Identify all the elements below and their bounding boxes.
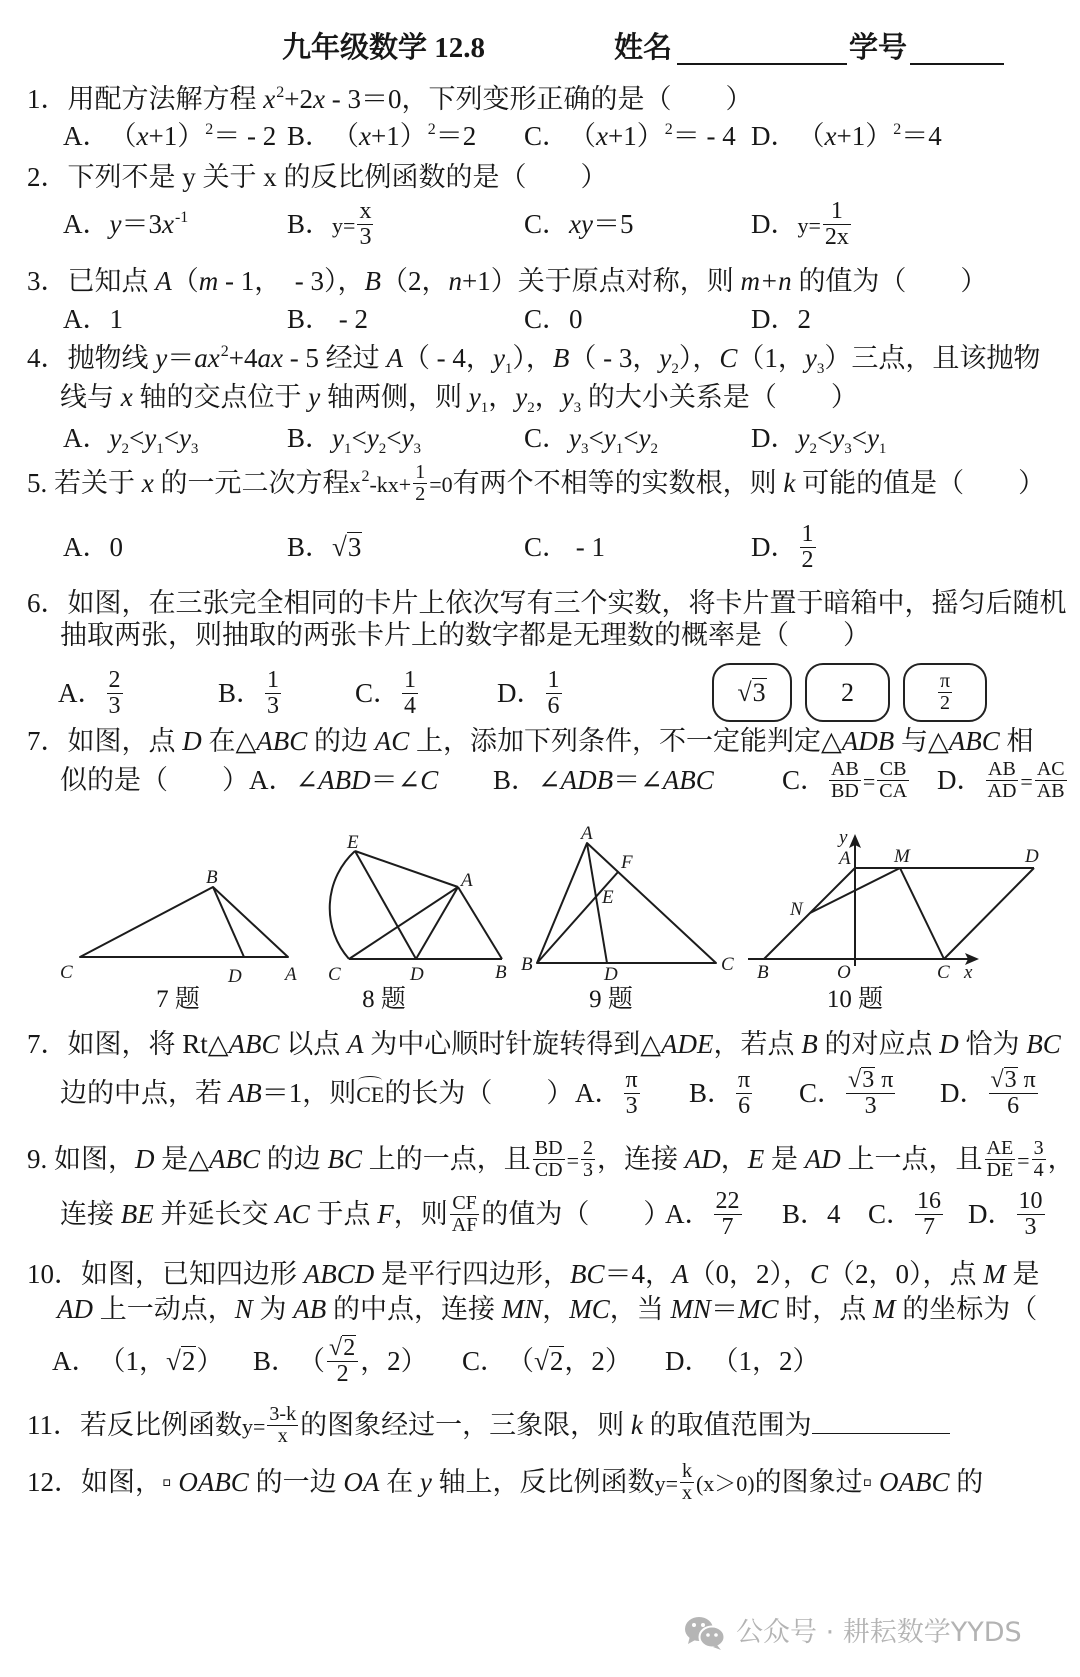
- option-value: （1，2）: [712, 1345, 820, 1377]
- stem-text: 如图，点: [68, 725, 183, 757]
- fig10-label-c: C: [937, 962, 950, 983]
- math-var: y: [604, 422, 616, 454]
- q3-option-d: D．2: [751, 303, 811, 335]
- stem-text: 有两个不相等的实数根，则: [453, 467, 784, 499]
- math-var: C: [420, 764, 438, 796]
- math-var: C: [810, 1258, 828, 1290]
- stem-text: 的一元二次方程: [154, 467, 350, 499]
- fig9-label-f: F: [620, 852, 633, 873]
- math-var: BC: [570, 1258, 605, 1290]
- stem-text: 的: [949, 1466, 983, 1498]
- math-var: x: [162, 208, 174, 240]
- segment-ab: [458, 887, 502, 959]
- question-number: 2．: [27, 161, 68, 193]
- question-2-stem: 2． 下列不是 y 关于 x 的反比例函数的是（ ）: [27, 161, 608, 193]
- paren: （: [332, 120, 359, 152]
- numerator: 1: [265, 668, 281, 694]
- stem-text: 为: [253, 1293, 294, 1325]
- segment-dc: [944, 868, 1034, 959]
- math-var: k: [783, 467, 795, 499]
- wechat-icon: [684, 1616, 726, 1650]
- fraction: 23: [107, 668, 123, 719]
- fig9-label-a: A: [579, 823, 593, 844]
- math-var: AD: [685, 1143, 721, 1175]
- numerator: 2: [581, 1138, 595, 1160]
- question-number: 6．: [27, 587, 68, 619]
- denominator: 3: [624, 1094, 640, 1119]
- numerator: AB: [829, 759, 861, 781]
- math-var: y: [110, 208, 122, 240]
- math-var: D: [135, 1143, 155, 1175]
- stem-text: （ - 4，: [403, 342, 493, 374]
- option-value: 4: [827, 1198, 841, 1230]
- subscript: 2: [650, 433, 658, 465]
- option-value: 2: [798, 303, 812, 335]
- denominator: 2: [938, 693, 952, 714]
- stem-text: ，: [488, 381, 515, 413]
- stem-text: 为中心顺时针旋转得到△: [364, 1028, 662, 1060]
- stem-text: 的坐标为（ ）: [896, 1293, 1080, 1325]
- math-var: x: [121, 381, 133, 413]
- stem-text: 的取值范围为: [643, 1409, 812, 1441]
- math-text: +1）: [371, 120, 427, 152]
- math-text: ＝ - 2: [213, 120, 276, 152]
- segment-ed: [355, 851, 416, 959]
- denominator: AB: [1035, 781, 1067, 802]
- angle-sign: ∠: [538, 764, 561, 796]
- arc-ce: [330, 851, 355, 959]
- math-var: ABC: [256, 725, 307, 757]
- stem-text: （2，: [381, 265, 449, 297]
- radicand: 3: [1004, 1067, 1018, 1093]
- q10-option-d: D．（1，2）: [665, 1345, 820, 1377]
- option-label: A．: [575, 1077, 622, 1109]
- question-9-stem-line-1: 9. 如图， D 是△ ABC 的边 BC 上的一点，且 BDCD = 23 ，…: [27, 1143, 1075, 1175]
- numerator: CF: [450, 1193, 480, 1215]
- segment-bd: [213, 887, 244, 957]
- numerator: k: [680, 1461, 694, 1483]
- q5-option-d: D． 12: [751, 531, 818, 563]
- option-label: D．: [751, 208, 798, 240]
- math-text: ，2）: [360, 1345, 428, 1377]
- math-text: ＝: [167, 342, 194, 374]
- q10-option-c: C．（ √2 ，2）: [462, 1345, 632, 1377]
- fig10-label-b: B: [757, 962, 769, 983]
- radicand: 3: [861, 1067, 875, 1093]
- fig10-label-n: N: [789, 899, 804, 920]
- math-var: y: [144, 422, 156, 454]
- fraction: 3-kx: [267, 1404, 298, 1447]
- option-label: C．: [524, 422, 569, 454]
- question-number: 1．: [27, 83, 68, 115]
- fraction: ACAB: [1035, 759, 1067, 802]
- fraction: 167: [915, 1189, 943, 1240]
- subscript: 2: [379, 433, 387, 465]
- less-than: <: [386, 422, 401, 454]
- domain-condition: (x＞0): [696, 1468, 755, 1500]
- math-text: ＝3: [121, 208, 162, 240]
- equals: =: [1020, 766, 1032, 798]
- option-label: A．: [63, 208, 110, 240]
- math-text: y=: [242, 1411, 265, 1443]
- math-var: x: [825, 120, 837, 152]
- denominator: 6: [736, 1094, 752, 1119]
- stem-text: 上一点，且: [841, 1143, 983, 1175]
- q7-option-c: C． ABBD = CBCA: [782, 764, 911, 796]
- question-4-stem-line-1: 4． 抛物线 y ＝ ax 2 +4 ax - 5 经过 A （ - 4， y …: [27, 342, 1040, 374]
- denominator: AD: [986, 781, 1019, 802]
- numerator: x: [357, 199, 373, 225]
- question-number: 11．: [27, 1409, 80, 1441]
- option-label: C．: [355, 677, 400, 709]
- fraction: π6: [736, 1068, 752, 1119]
- paren: （: [798, 120, 825, 152]
- stem-text: （: [172, 265, 199, 297]
- denominator: 3: [357, 225, 373, 250]
- math-var: y: [367, 422, 379, 454]
- option-label: D．: [751, 531, 798, 563]
- question-number: 7．: [27, 725, 68, 757]
- card-value: 2: [841, 678, 854, 708]
- stem-text: ，当: [610, 1293, 671, 1325]
- numerator: √3 π: [846, 1067, 895, 1094]
- math-var: AD: [805, 1143, 841, 1175]
- stem-text: 在: [379, 1466, 420, 1498]
- option-label: B．: [493, 764, 538, 796]
- q4-option-d: D．y2<y3<y1: [751, 422, 886, 454]
- math-text: （: [298, 1345, 325, 1377]
- stem-text: 如图，已知四边形: [81, 1258, 304, 1290]
- numerator: π: [624, 1068, 640, 1094]
- denominator: 4: [402, 694, 418, 719]
- question-4-stem-line-2: 线与 x 轴的交点位于 y 轴两侧，则 y 1 ， y 2 ， y 3 的大小关…: [60, 381, 858, 413]
- stem-text: 的长为（ ）: [384, 1077, 573, 1109]
- stem-text: 抽取两张，则抽取的两张卡片上的数字都是无理数的概率是（ ）: [60, 619, 870, 651]
- math-var: B: [801, 1028, 818, 1060]
- question-8-stem-line-1: 7． 如图，将 Rt△ ABC 以点 A 为中心顺时针旋转得到△ ADE ，若点…: [27, 1028, 1061, 1060]
- stem-text: 似的是（ ）: [60, 764, 249, 796]
- q4-option-c: C．y3<y1<y2: [524, 422, 658, 454]
- option-label: D．: [751, 422, 798, 454]
- math-var: B: [364, 265, 381, 297]
- q3-option-a: A．1: [63, 303, 123, 335]
- stem-text: ，: [721, 1143, 748, 1175]
- math-var: k: [631, 1409, 643, 1441]
- math-var: y: [401, 422, 413, 454]
- math-var: y: [308, 381, 320, 413]
- radical-sign: √: [991, 1067, 1004, 1093]
- q2-option-b: B．y= x3: [287, 208, 375, 240]
- q5-option-b: B． √3: [287, 531, 362, 563]
- math-var: n: [448, 265, 462, 297]
- stem-text: 下列不是 y 关于 x 的反比例函数的是（ ）: [68, 161, 608, 193]
- less-than: <: [817, 422, 832, 454]
- segment-ad: [416, 887, 458, 959]
- exponent: 2: [221, 336, 229, 368]
- math-var: y: [155, 342, 167, 374]
- math-var: AC: [275, 1198, 310, 1230]
- option-label: A．: [58, 677, 105, 709]
- math-var: C: [719, 342, 737, 374]
- q8-option-a: A． π3: [575, 1077, 642, 1109]
- denominator: 6: [989, 1094, 1038, 1119]
- angle-sign: ∠: [296, 764, 319, 796]
- denominator: 3: [581, 1160, 595, 1181]
- q1-option-a: A．（x+1）2＝ - 2: [63, 120, 276, 152]
- stem-text: 的图象经过一，三象限，则: [300, 1409, 631, 1441]
- fig10-label-y: y: [837, 827, 848, 848]
- question-10-stem-line-2: AD 上一动点， N 为 AB 的中点，连接 MN ， MC ，当 MN ＝ M…: [57, 1293, 1080, 1325]
- stem-text: 连接: [60, 1198, 121, 1230]
- fig8-label-e: E: [346, 832, 359, 853]
- option-value: 0: [110, 531, 124, 563]
- fraction: 12x: [823, 199, 851, 250]
- q9-option-b: B．4: [782, 1198, 841, 1230]
- subscript: 2: [809, 433, 817, 465]
- option-label: B．: [287, 120, 332, 152]
- fraction: 227: [714, 1189, 742, 1240]
- math-var: y: [515, 381, 527, 413]
- q3-option-b: B． - 2: [287, 303, 368, 335]
- option-label: C．: [799, 1077, 844, 1109]
- question-number: 5.: [27, 467, 54, 499]
- math-var: x: [142, 467, 154, 499]
- math-text: ＝4: [901, 120, 942, 152]
- fraction: 16: [546, 668, 562, 719]
- numerator: 1: [413, 462, 427, 484]
- option-label: D．: [968, 1198, 1015, 1230]
- fig10-label-a: A: [837, 848, 851, 869]
- math-var: y: [659, 342, 671, 374]
- stem-text: 的对应点: [818, 1028, 940, 1060]
- math-text: x: [349, 469, 360, 501]
- option-label: C．: [524, 303, 569, 335]
- numerator: π: [938, 671, 952, 693]
- stem-text: 的边: [260, 1143, 328, 1175]
- stem-text: - 1， - 3），: [218, 265, 364, 297]
- numerator: 1: [800, 522, 816, 548]
- figure-8: [330, 851, 502, 959]
- stem-text: 是平行四边形，: [374, 1258, 570, 1290]
- math-var: y: [832, 422, 844, 454]
- question-6-stem-line-2: 抽取两张，则抽取的两张卡片上的数字都是无理数的概率是（ ）: [60, 619, 870, 651]
- fraction: ABAD: [986, 759, 1019, 802]
- math-var: ABD: [318, 764, 370, 796]
- answer-blank-line: [812, 1411, 950, 1434]
- math-var: AD: [57, 1293, 93, 1325]
- fraction: kx: [680, 1461, 694, 1504]
- card-sqrt-3: √3: [712, 663, 792, 722]
- stem-text: 上一动点，: [93, 1293, 235, 1325]
- math-var: BC: [1026, 1028, 1061, 1060]
- triangle-abc: [80, 887, 288, 957]
- numerator: AC: [1035, 759, 1067, 781]
- numerator: 10: [1017, 1189, 1045, 1215]
- stem-text: 边的中点，若: [60, 1077, 229, 1109]
- fraction: 103: [1017, 1189, 1045, 1240]
- stem-text: - 5 经过: [283, 342, 387, 374]
- math-text: +2: [284, 83, 313, 115]
- math-text: y=: [332, 210, 355, 242]
- subscript: 1: [616, 433, 624, 465]
- radical-sign: √: [534, 1347, 549, 1377]
- option-label: A．: [63, 120, 110, 152]
- stem-text: 相: [1000, 725, 1034, 757]
- paren: （: [110, 120, 137, 152]
- question-number: 7．: [27, 1028, 68, 1060]
- math-var: y: [798, 422, 810, 454]
- fig9-label-e: E: [601, 887, 614, 908]
- subscript: 3: [191, 433, 199, 465]
- numerator: 3-k: [267, 1404, 298, 1426]
- denominator: 7: [915, 1215, 943, 1240]
- math-var: AB: [293, 1293, 326, 1325]
- stem-text: ＝: [711, 1293, 738, 1325]
- stem-text: ，若点: [714, 1028, 802, 1060]
- option-label: A．: [63, 422, 110, 454]
- question-5-stem: 5. 若关于 x 的一元二次方程 x 2 -kx+ 12 =0 有两个不相等的实…: [27, 467, 1045, 499]
- option-label: B．: [253, 1345, 298, 1377]
- option-label: B．: [287, 531, 332, 563]
- stem-text: 是△: [155, 1143, 210, 1175]
- math-text: ＝ - 4: [673, 120, 736, 152]
- student-id-blank-line: [910, 33, 1004, 65]
- exponent: 2: [893, 114, 901, 146]
- name-label: 姓名: [614, 28, 672, 68]
- square-root: √2: [329, 1335, 356, 1361]
- less-than: <: [623, 422, 638, 454]
- math-var: ADB: [842, 725, 894, 757]
- math-text: ，2）: [564, 1345, 632, 1377]
- denominator: 2x: [823, 225, 851, 250]
- denominator: DE: [985, 1160, 1016, 1181]
- denominator: 2: [327, 1362, 358, 1387]
- stem-text: ，: [535, 381, 562, 413]
- math-var: y: [332, 422, 344, 454]
- option-label: A．: [665, 1198, 712, 1230]
- option-label: B．: [782, 1198, 827, 1230]
- exponent: 2: [205, 114, 213, 146]
- math-var: E: [748, 1143, 765, 1175]
- watermark-text: 公众号 · 耕耘数学YYDS: [736, 1614, 1022, 1652]
- numerator: 2: [107, 668, 123, 694]
- denominator: CA: [877, 781, 909, 802]
- math-var: y: [562, 381, 574, 413]
- pi-symbol: π: [875, 1068, 893, 1093]
- q2-option-a: A．y＝3x-1: [63, 208, 188, 240]
- numerator: 1: [402, 668, 418, 694]
- numerator: 1: [823, 199, 851, 225]
- q8-option-c: C． √3 π 3: [799, 1077, 897, 1109]
- name-blank-line: [677, 33, 847, 65]
- math-var: x: [137, 120, 149, 152]
- stem-text: - 3＝0，下列变形正确的是（ ）: [325, 83, 753, 115]
- stem-text: （2，0），点: [828, 1258, 983, 1290]
- question-7-stem-line-2: 似的是（ ）: [60, 764, 249, 796]
- denominator: 7: [714, 1215, 742, 1240]
- segment-ba: [764, 868, 855, 959]
- stem-text: 抛物线: [68, 342, 156, 374]
- option-label: B．: [287, 422, 332, 454]
- math-var: OABC: [879, 1466, 950, 1498]
- less-than: <: [352, 422, 367, 454]
- radicand: 3: [752, 678, 767, 706]
- segment-ac: [349, 887, 458, 959]
- math-var: x: [263, 83, 275, 115]
- fraction: √3 π 3: [846, 1067, 895, 1119]
- fraction: √2 2: [327, 1335, 358, 1387]
- math-var: y: [805, 342, 817, 374]
- option-label: A．: [63, 531, 110, 563]
- q6-option-b: B． 13: [218, 677, 283, 709]
- option-label: A．: [63, 303, 110, 335]
- radical-sign: √: [332, 533, 347, 563]
- q7-option-d: D． ABAD = ACAB: [937, 764, 1069, 796]
- segment-cm: [900, 868, 944, 959]
- option-label: D．: [751, 120, 798, 152]
- q6-option-c: C． 14: [355, 677, 420, 709]
- math-var: y: [638, 422, 650, 454]
- stem-text: 的值为（ ）: [792, 265, 988, 297]
- q1-option-b: B．（x+1）2＝2: [287, 120, 476, 152]
- fig10-label-d: D: [1024, 846, 1039, 867]
- q10-option-b: B．（ √2 2 ，2）: [253, 1345, 428, 1377]
- q3-option-c: C．0: [524, 303, 583, 335]
- question-9-stem-line-2: 连接 BE 并延长交 AC 于点 F ，则 CFAF 的值为（ ）: [60, 1198, 670, 1230]
- math-text: （: [507, 1345, 534, 1377]
- q4-option-b: B．y1<y2<y3: [287, 422, 421, 454]
- stem-text: 于点: [310, 1198, 378, 1230]
- option-value: 0: [569, 303, 583, 335]
- math-var: A: [386, 342, 403, 374]
- math-var: AB: [229, 1077, 262, 1109]
- math-var: A: [672, 1258, 689, 1290]
- question-number: 4．: [27, 342, 68, 374]
- fig10-label-o: O: [837, 962, 851, 983]
- fig8-label-d: D: [409, 964, 424, 985]
- option-label: D．: [751, 303, 798, 335]
- subscript: 1: [481, 392, 489, 424]
- fig10-label-x: x: [963, 962, 973, 983]
- subscript: 1: [344, 433, 352, 465]
- parallelogram-symbol: ▫: [162, 1466, 178, 1498]
- q8-option-b: B． π6: [689, 1077, 754, 1109]
- math-var: MC: [569, 1293, 610, 1325]
- q5-option-a: A．0: [63, 531, 123, 563]
- square-root: √3: [737, 678, 766, 708]
- fig9-label-b: B: [521, 954, 533, 975]
- figure-9-caption: 9 题: [589, 985, 633, 1015]
- fig7-label-b: B: [206, 867, 218, 888]
- math-var: MN: [502, 1293, 543, 1325]
- option-label: A．: [249, 764, 296, 796]
- q7-option-b: B．∠ADB＝∠ABC: [493, 764, 714, 796]
- math-var: A: [155, 265, 172, 297]
- fraction: 12: [800, 522, 816, 573]
- question-12-stem: 12． 如图， ▫ OABC 的一边 OA 在 y 轴上，反比例函数 y= kx…: [27, 1466, 983, 1498]
- math-var: y: [469, 381, 481, 413]
- stem-text: ，: [1048, 1143, 1075, 1175]
- math-text: +1）: [148, 120, 204, 152]
- denominator: x: [267, 1426, 298, 1447]
- denominator: 3: [265, 694, 281, 719]
- math-text: y=: [798, 210, 821, 242]
- math-text: （1，: [99, 1345, 167, 1377]
- q9-option-d: D． 103: [968, 1198, 1047, 1230]
- option-value: 1: [110, 303, 124, 335]
- stem-text: 已知点: [68, 265, 156, 297]
- option-value: - 1: [569, 531, 605, 563]
